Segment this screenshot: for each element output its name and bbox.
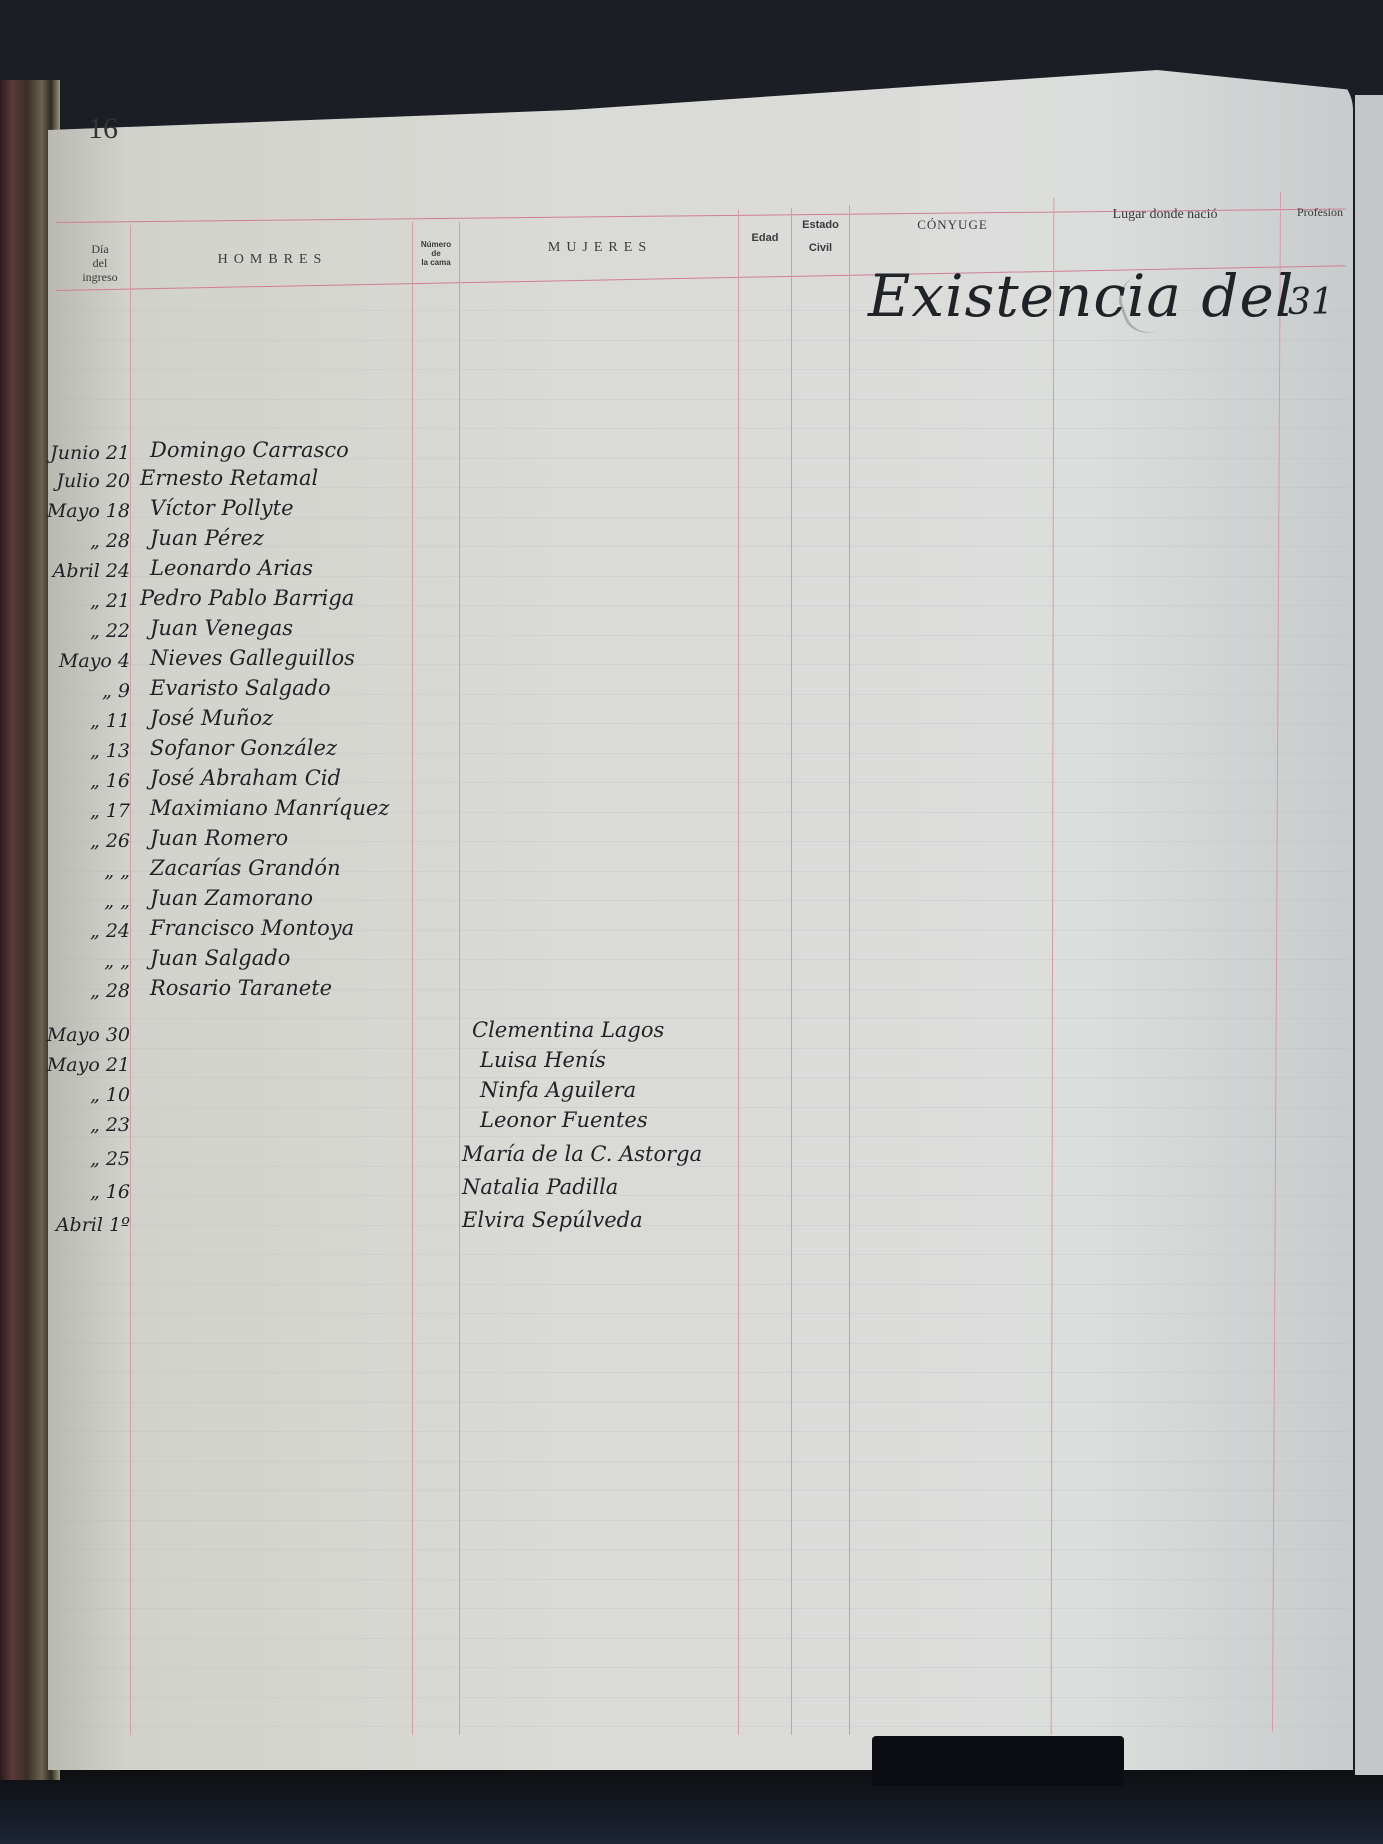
ruled-line	[60, 1431, 1350, 1432]
header-numero-line-3: la cama	[414, 258, 458, 267]
entry-date: „ 9	[40, 680, 130, 702]
entry-man-name: Pedro Pablo Barriga	[140, 586, 354, 610]
ruled-line	[60, 1372, 1350, 1373]
entry-date: „ 13	[40, 740, 130, 762]
ruled-line	[60, 1490, 1350, 1491]
entry-man-name: Sofanor González	[150, 736, 337, 760]
entry-date: „ 17	[40, 800, 130, 822]
entry-date: Julio 20	[40, 470, 130, 492]
existencia-number: 31	[1288, 282, 1334, 323]
entry-date: Junio 21	[40, 442, 130, 464]
entry-man-name: Maximiano Manríquez	[150, 796, 389, 820]
ruled-line	[60, 1667, 1350, 1668]
header-dia-line-1: Día	[70, 243, 130, 257]
entry-man-name: José Muñoz	[150, 706, 273, 730]
entry-date: Abril 1º	[40, 1214, 130, 1236]
header-lugar-nacio: Lugar donde nació	[1060, 207, 1270, 223]
entry-man-name: Zacarías Grandón	[150, 856, 341, 880]
header-mujeres: MUJERES	[470, 240, 730, 256]
header-edad: Edad	[740, 232, 790, 245]
entry-man-name: Leonardo Arias	[150, 556, 313, 580]
ruled-line	[60, 1726, 1350, 1727]
entry-date: Abril 24	[40, 560, 130, 582]
page-number: 16	[88, 112, 118, 146]
col-line-2	[412, 222, 413, 1735]
entry-man-name: Evaristo Salgado	[150, 676, 331, 700]
ruled-line	[60, 369, 1350, 370]
header-numero-line-2: de	[414, 249, 458, 258]
entry-date: Mayo 4	[40, 650, 130, 672]
ruled-line	[60, 1579, 1350, 1580]
header-hombres: HOMBRES	[150, 252, 395, 268]
ruled-line	[60, 1107, 1350, 1108]
ruled-line	[60, 340, 1350, 341]
ruled-line	[60, 1048, 1350, 1049]
next-page-edge	[1355, 95, 1383, 1775]
ruled-line	[60, 1549, 1350, 1550]
ruled-line	[60, 1402, 1350, 1403]
entry-woman-name: Luisa Henís	[480, 1048, 606, 1072]
col-line-5	[791, 208, 792, 1735]
entry-man-name: Juan Zamorano	[150, 886, 313, 910]
entry-date: „ 26	[40, 830, 130, 852]
ruled-line	[60, 1461, 1350, 1462]
entry-date: Mayo 18	[40, 500, 130, 522]
ruled-line	[60, 428, 1350, 429]
entry-date: „ 23	[40, 1114, 130, 1136]
entry-date: „ 11	[40, 710, 130, 732]
binder-clip	[872, 1736, 1124, 1786]
entry-man-name: Víctor Pollyte	[150, 496, 294, 520]
header-profesion: Profesion	[1290, 206, 1350, 220]
entry-man-name: Rosario Taranete	[150, 976, 332, 1000]
entry-date: Mayo 21	[40, 1054, 130, 1076]
entry-date: „ „	[40, 890, 130, 912]
entry-man-name: Francisco Montoya	[150, 916, 354, 940]
entry-date: „ 10	[40, 1084, 130, 1106]
header-conyuge: CÓNYUGE	[860, 218, 1045, 233]
entry-man-name: Ernesto Retamal	[140, 466, 318, 490]
header-estado-line-2: Civil	[793, 237, 848, 260]
ruled-line	[60, 1018, 1350, 1019]
col-line-3	[459, 222, 460, 1735]
col-line-6	[849, 205, 850, 1735]
entry-man-name: José Abraham Cid	[150, 766, 341, 790]
entry-man-name: Juan Salgado	[150, 946, 290, 970]
entry-date: Mayo 30	[40, 1024, 130, 1046]
entry-man-name: Nieves Galleguillos	[150, 646, 355, 670]
header-estado-civil: Estado Civil	[793, 214, 848, 260]
entry-date: „ 24	[40, 920, 130, 942]
ruled-line	[60, 1136, 1350, 1137]
entry-woman-name: Natalia Padilla	[462, 1175, 618, 1199]
entry-date: „ „	[40, 860, 130, 882]
ruled-line	[60, 1225, 1350, 1226]
ruled-line	[60, 1254, 1350, 1255]
entry-date: „ 22	[40, 620, 130, 642]
entry-date: „ 16	[40, 1181, 130, 1203]
entry-man-name: Domingo Carrasco	[150, 438, 349, 462]
header-dia-line-3: ingreso	[70, 271, 130, 285]
ruled-line	[60, 1284, 1350, 1285]
header-numero-cama: Número de la cama	[414, 240, 458, 268]
header-estado-line-1: Estado	[793, 214, 848, 237]
entry-date: „ 16	[40, 770, 130, 792]
background-surface	[0, 1770, 1383, 1844]
header-dia-ingreso: Día del ingreso	[70, 243, 130, 284]
ruled-line	[60, 1077, 1350, 1078]
ruled-line	[60, 1608, 1350, 1609]
entry-man-name: Juan Venegas	[150, 616, 293, 640]
entry-man-name: Juan Pérez	[150, 526, 264, 550]
ruled-line	[60, 1195, 1350, 1196]
entry-man-name: Juan Romero	[150, 826, 288, 850]
entry-woman-name: María de la C. Astorga	[462, 1142, 702, 1166]
ruled-line	[60, 1313, 1350, 1314]
ruled-line	[60, 1343, 1350, 1344]
ruled-line	[60, 1697, 1350, 1698]
entry-date: „ 28	[40, 980, 130, 1002]
entry-date: „ „	[40, 950, 130, 972]
entry-date: „ 25	[40, 1148, 130, 1170]
col-line-1	[130, 225, 131, 1735]
ruled-line	[60, 1520, 1350, 1521]
ruled-line	[60, 1166, 1350, 1167]
ruled-line	[60, 1638, 1350, 1639]
existencia-title: Existencia del	[868, 262, 1294, 330]
entry-date: „ 28	[40, 530, 130, 552]
header-numero-line-1: Número	[414, 240, 458, 249]
entry-woman-name: Ninfa Aguilera	[480, 1078, 636, 1102]
entry-date: „ 21	[40, 590, 130, 612]
col-line-4	[738, 210, 739, 1735]
header-dia-line-2: del	[70, 257, 130, 271]
ruled-line	[60, 399, 1350, 400]
entry-woman-name: Leonor Fuentes	[480, 1108, 648, 1132]
entry-woman-name: Elvira Sepúlveda	[462, 1208, 643, 1232]
entry-woman-name: Clementina Lagos	[472, 1018, 664, 1042]
